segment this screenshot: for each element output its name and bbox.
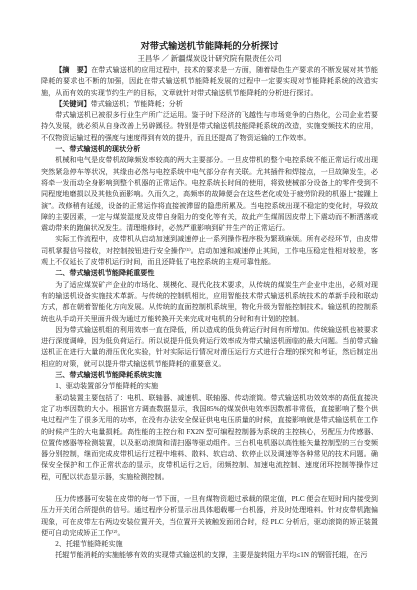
section-3-sub-1-paragraph-2: 压力传感器可安装在皮带的每一节下面，一旦有煤物资超过承载的限定值，PLC 便会在… <box>41 494 378 539</box>
section-1-paragraph-2: 实际工作流程中，皮带机从启动加速到减速停止一系列操作程序极为繁琐麻烦。所有必经环… <box>41 234 378 268</box>
keywords-text: 带式输送机；节能降耗；分析 <box>91 100 183 108</box>
section-2-paragraph-2: 因为带式输送机组的利用效率一直在降低，所以造成的低负荷运行时间有所增加。传统输送… <box>41 325 378 370</box>
section-3-sub-1-heading: 1、驱动装置部分节能降耗的实施 <box>41 381 378 392</box>
section-3-sub-2-paragraph-1: 托辊节能消耗的实施能够有效的实现带式输送机的支撑，主要是旋转阻力平均≤1N 的钢… <box>41 550 378 561</box>
abstract-text: 在带式输送机的应用过程中，技术的要求是一方面，随着绿色生产要求的不断发展对其节能… <box>41 66 378 97</box>
author-line: 王昌华 ／ 新疆煤炭设计研究院有限责任公司 <box>41 53 378 65</box>
section-3-heading: 三、带式输送机节能降耗系统实施 <box>41 370 378 381</box>
section-1-heading: 一、带式输送机的现状分析 <box>41 144 378 155</box>
abstract-label: 【摘 要】 <box>55 66 91 74</box>
keywords-line: 【关键词】带式输送机；节能降耗；分析 <box>41 99 378 110</box>
section-3-sub-1-paragraph-1: 驱动装置主要包括了：电机、联轴器、减速机、联轴器、传动滚筒。带式输送机功效效率的… <box>41 393 378 483</box>
intro-paragraph: 带式输送机已被很多行业生产所广泛运用。鉴于时下经济的飞越性与市场竞争的白热化，公… <box>41 110 378 144</box>
keywords-label: 【关键词】 <box>55 100 90 108</box>
section-2-paragraph-1: 为了适应煤炭矿产企业的市场化、规模化、现代化技术要求，从传统的煤炭生产企业中走出… <box>41 280 378 325</box>
section-1-paragraph-1: 机械和电气是皮带机故障频发率较高的两大主要部分。一旦皮带机的整个电控系统不能正常… <box>41 155 378 234</box>
paper-page: 对带式输送机节能降耗的分析探讨 王昌华 ／ 新疆煤炭设计研究院有限责任公司 【摘… <box>0 0 417 590</box>
page-title: 对带式输送机节能降耗的分析探讨 <box>41 40 378 53</box>
section-2-heading: 二、带式输送机节能降耗重要性 <box>41 268 378 279</box>
abstract-paragraph: 【摘 要】在带式输送机的应用过程中，技术的要求是一方面，随着绿色生产要求的不断发… <box>41 65 378 99</box>
section-3-sub-2-heading: 2、托辊节能降耗实施 <box>41 539 378 550</box>
